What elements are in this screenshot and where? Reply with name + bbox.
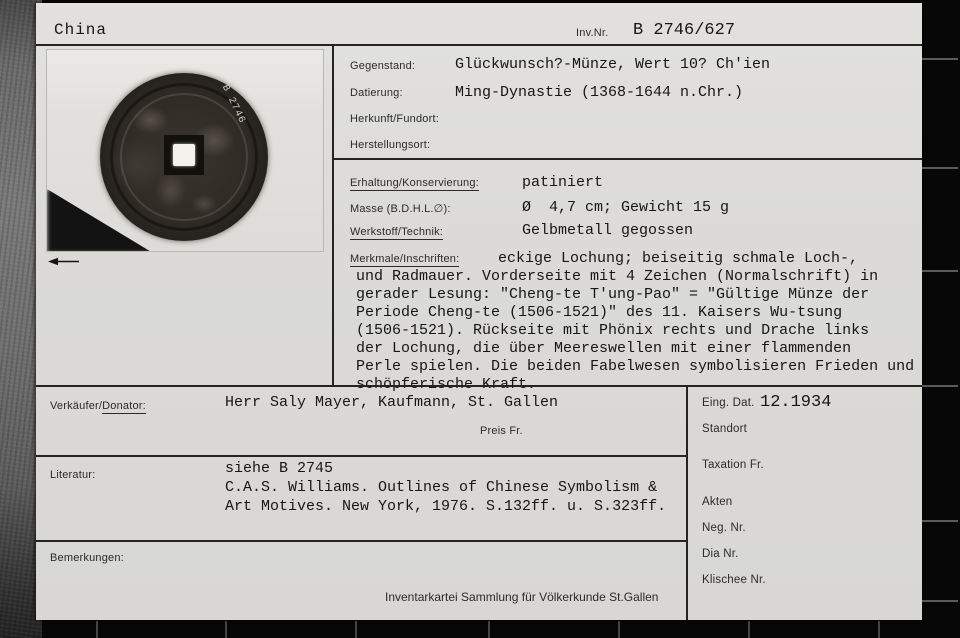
literatur-line: Art Motives. New York, 1976. S.132ff. u.… [225, 497, 666, 516]
merkmale-line: gerader Lesung: "Cheng-te T'ung-Pao" = "… [356, 286, 934, 304]
eing-dat-value: 12.1934 [760, 393, 831, 412]
literatur-line: siehe B 2745 [225, 459, 666, 478]
merkmale-text: eckige Lochung; beiseitig schmale Loch-,… [356, 250, 934, 394]
drawer-divider-mark [225, 621, 227, 638]
erhaltung-label: Erhaltung/Konservierung: [350, 177, 479, 191]
preis-label: Preis Fr. [480, 425, 523, 437]
card-edge-mark [922, 167, 958, 169]
datierung-label: Datierung: [350, 87, 403, 99]
card-footer-title: Inventarkartei Sammlung für Völkerkunde … [385, 590, 658, 604]
merkmale-line: Periode Cheng-te (1506-1521)" des 11. Ka… [356, 304, 934, 322]
coin-square-hole [173, 144, 195, 166]
masse-value: Ø 4,7 cm; Gewicht 15 g [522, 199, 729, 216]
lower-vertical-divider [686, 385, 688, 620]
merkmale-line: und Radmauer. Vorderseite mit 4 Zeichen … [356, 268, 934, 286]
klischee-nr-label: Klischee Nr. [702, 574, 766, 586]
literatur-section-divider [36, 455, 687, 457]
merkmale-line: eckige Lochung; beiseitig schmale Loch-, [356, 250, 934, 268]
gegenstand-value: Glückwunsch?-Münze, Wert 10? Ch'ien [455, 56, 770, 73]
werkstoff-label: Werkstoff/Technik: [350, 226, 443, 240]
drawer-divider-mark [618, 621, 620, 638]
merkmale-line: Perle spielen. Die beiden Fabelwesen sym… [356, 358, 934, 376]
bemerkungen-label: Bemerkungen: [50, 552, 124, 564]
drawer-divider-mark [878, 621, 880, 638]
masse-label: Masse (B.D.H.L.∅): [350, 202, 451, 215]
header-divider [36, 44, 922, 46]
literatur-line: C.A.S. Williams. Outlines of Chinese Sym… [225, 478, 666, 497]
upper-vertical-divider [332, 44, 334, 385]
herkunft-label: Herkunft/Fundort: [350, 113, 439, 125]
coin-photo: B 2746 [46, 49, 324, 252]
datierung-value: Ming-Dynastie (1368-1644 n.Chr.) [455, 84, 743, 101]
literatur-label: Literatur: [50, 469, 95, 481]
card-edge-mark [922, 58, 958, 60]
erhaltung-value: patiniert [522, 174, 603, 191]
gegenstand-label: Gegenstand: [350, 60, 415, 72]
literatur-text: siehe B 2745 C.A.S. Williams. Outlines o… [225, 459, 666, 516]
dia-nr-label: Dia Nr. [702, 548, 739, 560]
inventory-card: China Inv.Nr. B 2746/627 B 2746 Gegensta… [36, 3, 922, 620]
drawer-divider-mark [355, 621, 357, 638]
merkmale-line: (1506-1521). Rückseite mit Phönix rechts… [356, 322, 934, 340]
region-title: China [54, 21, 107, 39]
coin-hole-rim [164, 135, 204, 175]
akten-label: Akten [702, 496, 732, 508]
inv-nr-label: Inv.Nr. [576, 27, 608, 39]
card-edge-mark [922, 600, 958, 602]
drawer-divider-mark [488, 621, 490, 638]
coin-image: B 2746 [100, 73, 268, 241]
bemerkungen-section-divider [36, 540, 687, 542]
left-arrow-icon [48, 256, 80, 267]
herstellungsort-label: Herstellungsort: [350, 139, 430, 151]
drawer-divider-mark [96, 621, 98, 638]
card-edge-mark [922, 520, 958, 522]
condition-section-divider [332, 158, 922, 160]
inv-nr-value: B 2746/627 [633, 21, 735, 40]
verkaeufer-label-part1: Verkäufer/ [50, 400, 102, 412]
verkaeufer-value: Herr Saly Mayer, Kaufmann, St. Gallen [225, 394, 558, 411]
werkstoff-value: Gelbmetall gegossen [522, 222, 693, 239]
merkmale-line: der Lochung, die über Meereswellen mit e… [356, 340, 934, 358]
acquisition-section-divider [36, 385, 922, 387]
neg-nr-label: Neg. Nr. [702, 522, 746, 534]
drawer-divider-mark [748, 621, 750, 638]
verkaeufer-label: Verkäufer/Donator: [50, 400, 146, 412]
standort-label: Standort [702, 423, 747, 435]
eing-dat-label: Eing. Dat. [702, 397, 755, 409]
taxation-label: Taxation Fr. [702, 459, 764, 471]
verkaeufer-label-part2: Donator: [102, 400, 146, 414]
